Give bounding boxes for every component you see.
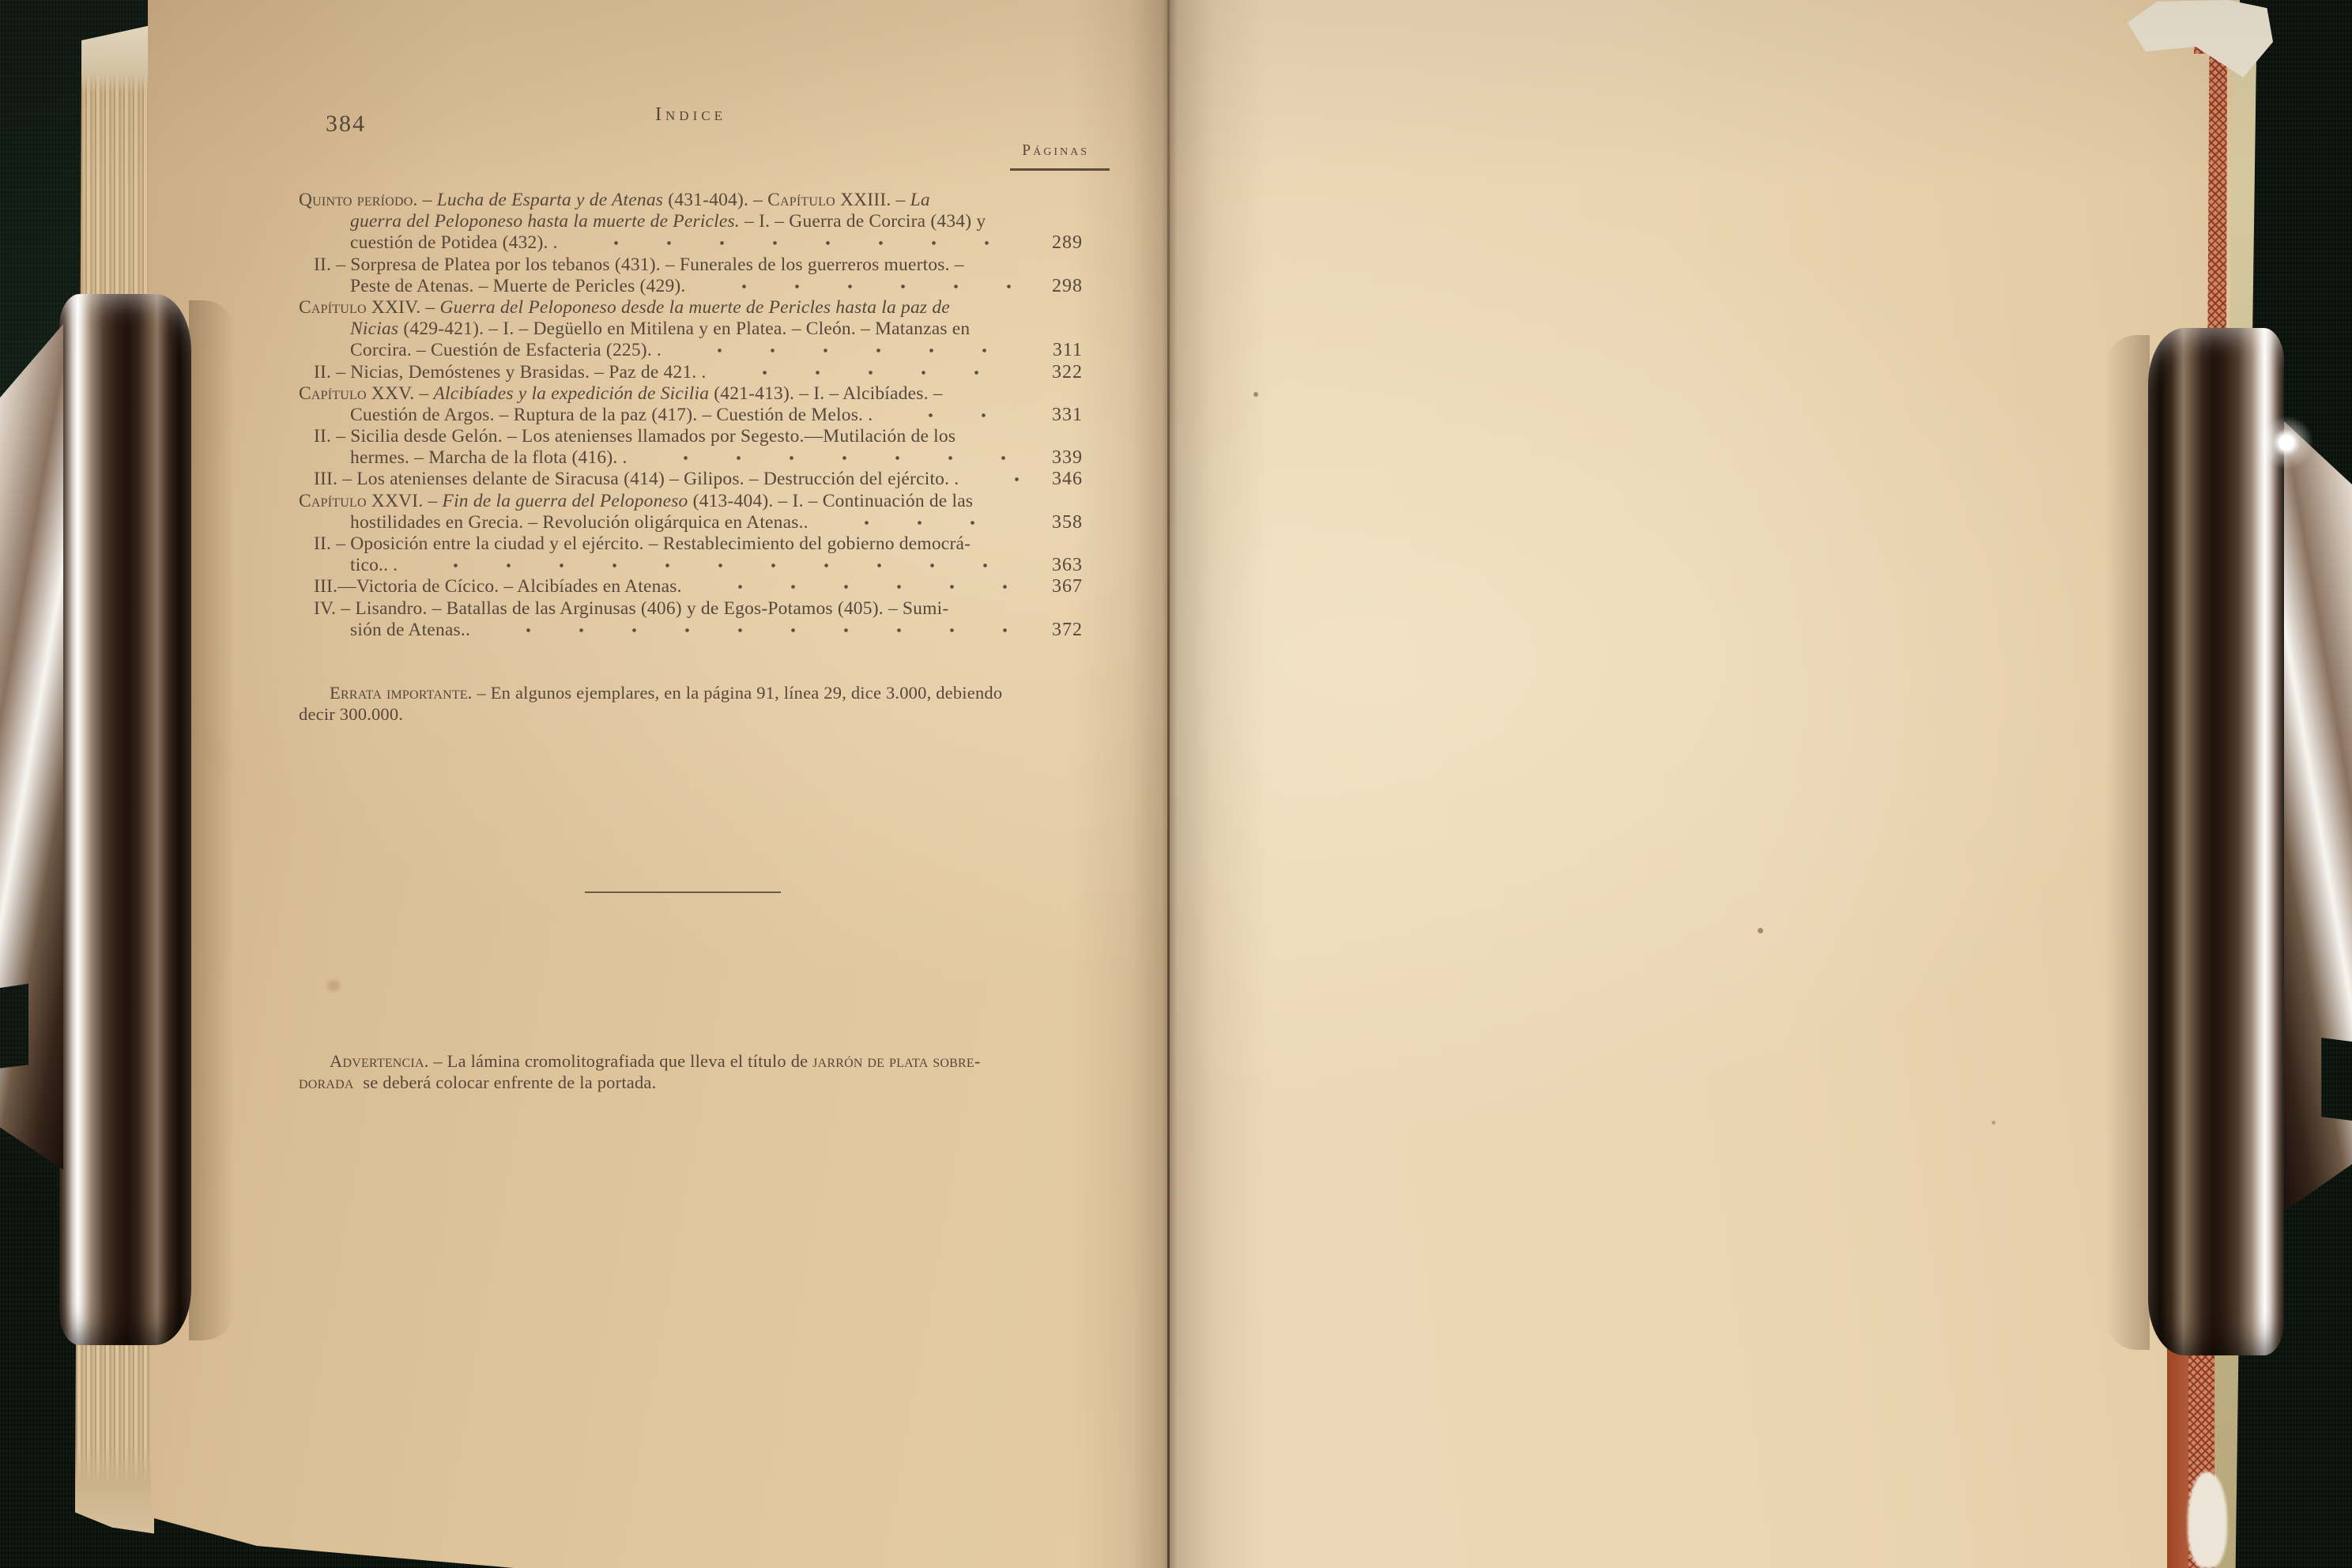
index-line: Capítulo XXV. – Alcibíades y la expedici… — [299, 383, 1083, 405]
text-segment: Nicias — [350, 318, 398, 340]
text-segment: hostilidades en Grecia. – Revolución oli… — [350, 512, 808, 533]
index-line: IV. – Lisandro. – Batallas de las Arginu… — [299, 598, 1083, 620]
advertencia-line: Advertencia. – La lámina cromolitografia… — [299, 1051, 1083, 1072]
text-segment: guerra del Peloponeso hasta la muerte de… — [350, 211, 740, 232]
entry-page-number: 298 — [1034, 276, 1083, 297]
index-line: II. – Oposición entre la ciudad y el ejé… — [299, 533, 1083, 555]
text-segment: jarrón de plata sobre- — [812, 1051, 980, 1072]
text-segment: hermes. – Marcha de la flota (416). . — [350, 447, 628, 469]
text-segment: (413-404). – I. – Continuación de las — [688, 491, 974, 512]
index-line: tico.. .363 — [299, 555, 1083, 576]
text-segment: II. – Sicilia desde Gelón. – Los atenien… — [314, 426, 955, 447]
dot-leader — [478, 620, 1023, 641]
dot-leader — [880, 405, 1023, 426]
dot-leader — [566, 232, 1023, 254]
right-clip-face — [2148, 328, 2284, 1355]
index-line: II. – Nicias, Demóstenes y Brasidas. – P… — [299, 362, 1083, 383]
text-segment: II. – Sorpresa de Platea por los tebanos… — [314, 254, 964, 276]
dot-leader — [694, 276, 1023, 297]
foxing-speck — [1992, 1121, 1996, 1125]
text-segment: Alcibíades y la expedición de Sicilia — [433, 383, 709, 405]
dot-leader — [967, 469, 1023, 490]
entry-page-number: 367 — [1034, 576, 1083, 597]
index-line: Capítulo XXIV. – Guerra del Peloponeso d… — [299, 297, 1083, 318]
section-divider-rule — [585, 891, 781, 893]
text-segment: – En algunos ejemplares, en la página 91… — [473, 683, 1003, 703]
right-clip-handle — [2284, 421, 2352, 1212]
text-segment: – — [891, 190, 910, 211]
text-segment: cuestión de Potidea (432). . — [350, 232, 558, 254]
left-metal-clip[interactable] — [0, 294, 191, 1345]
text-segment: tico.. . — [350, 555, 398, 576]
left-clip-face — [59, 294, 191, 1345]
dot-leader — [816, 512, 1023, 533]
text-segment: II. – Oposición entre la ciudad y el ejé… — [314, 533, 971, 555]
index-line: Peste de Atenas. – Muerte de Pericles (4… — [299, 276, 1083, 297]
foxing-speck — [1758, 928, 1763, 933]
dot-leader — [635, 447, 1023, 469]
left-clip-handle — [0, 324, 63, 1170]
right-metal-clip[interactable] — [2148, 328, 2352, 1355]
dot-leader — [669, 340, 1023, 361]
book-photograph: { "scene": { "description": "Open antiqu… — [0, 0, 2352, 1568]
text-segment: (429-421). – I. – Degüello en Mitilena y… — [398, 318, 970, 340]
text-segment: Capítulo XXIV. — [299, 297, 420, 318]
text-segment: IV. – Lisandro. – Batallas de las Arginu… — [314, 598, 948, 620]
text-segment: – — [414, 383, 433, 405]
text-segment: Capítulo XXIII. — [767, 190, 891, 211]
index-line: cuestión de Potidea (432). .289 — [299, 232, 1083, 254]
text-segment: (431-404). – — [663, 190, 767, 211]
dot-leader — [690, 576, 1023, 597]
text-segment: Corcira. – Cuestión de Esfacteria (225).… — [350, 340, 661, 361]
text-segment: Errata importante. — [330, 683, 473, 703]
text-segment: Fin de la guerra del Peloponeso — [443, 491, 688, 512]
dot-leader — [405, 555, 1023, 576]
clip-glint-highlight — [2259, 415, 2314, 470]
text-segment: se deberá colocar enfrente de la portada… — [354, 1072, 657, 1093]
entry-page-number: 372 — [1034, 620, 1083, 641]
advertencia-note: Advertencia. – La lámina cromolitografia… — [299, 1051, 1083, 1094]
index-line: sión de Atenas..372 — [299, 620, 1083, 641]
pages-column-header: Páginas — [1022, 142, 1089, 160]
text-segment: III. – Los atenienses delante de Siracus… — [314, 469, 959, 490]
index-line: Nicias (429-421). – I. – Degüello en Mit… — [299, 318, 1083, 340]
text-segment: – — [420, 297, 439, 318]
index-line: III. – Los atenienses delante de Siracus… — [299, 469, 1083, 490]
index-line: Quinto período. – Lucha de Esparta y de … — [299, 190, 1083, 211]
page-title: Indice — [299, 104, 1083, 126]
foxing-speck — [1253, 392, 1258, 397]
text-segment: decir 300.000. — [299, 704, 403, 725]
text-segment: II. – Nicias, Demóstenes y Brasidas. – P… — [314, 362, 707, 383]
text-segment: – La lámina cromolitografiada que lleva … — [429, 1051, 813, 1072]
advertencia-line: dorada se deberá colocar enfrente de la … — [299, 1072, 1083, 1094]
text-segment: III.—Victoria de Cícico. – Alcibíades en… — [314, 576, 682, 597]
index-line: Cuestión de Argos. – Ruptura de la paz (… — [299, 405, 1083, 426]
text-segment: Capítulo XXVI. — [299, 491, 423, 512]
text-segment: Capítulo XXV. — [299, 383, 414, 405]
errata-note: Errata importante. – En algunos ejemplar… — [299, 683, 1083, 726]
worn-paper-bottom — [2188, 1472, 2227, 1568]
column-header-rule — [1010, 168, 1110, 171]
dot-leader — [714, 362, 1023, 383]
index-line: II. – Sorpresa de Platea por los tebanos… — [299, 254, 1083, 276]
errata-line: decir 300.000. — [299, 704, 1083, 726]
index-line: guerra del Peloponeso hasta la muerte de… — [299, 211, 1083, 232]
text-segment: Advertencia. — [330, 1051, 429, 1072]
errata-line: Errata importante. – En algunos ejemplar… — [299, 683, 1083, 704]
entry-page-number: 363 — [1034, 555, 1083, 576]
entry-page-number: 331 — [1034, 405, 1083, 426]
text-segment: – — [418, 190, 437, 211]
index-line: III.—Victoria de Cícico. – Alcibíades en… — [299, 576, 1083, 597]
index-line: hermes. – Marcha de la flota (416). .339 — [299, 447, 1083, 469]
text-segment: Cuestión de Argos. – Ruptura de la paz (… — [350, 405, 873, 426]
index-entry-list: Quinto período. – Lucha de Esparta y de … — [299, 190, 1083, 641]
right-clip-shadow — [2105, 335, 2150, 1350]
text-segment: Guerra del Peloponeso desde la muerte de… — [439, 297, 949, 318]
text-segment: dorada — [299, 1072, 354, 1093]
entry-page-number: 289 — [1034, 232, 1083, 254]
text-segment: Peste de Atenas. – Muerte de Pericles (4… — [350, 276, 686, 297]
entry-page-number: 311 — [1034, 340, 1083, 361]
tailband — [73, 1445, 154, 1540]
index-line: Corcira. – Cuestión de Esfacteria (225).… — [299, 340, 1083, 361]
text-segment: sión de Atenas.. — [350, 620, 470, 641]
entry-page-number: 322 — [1034, 362, 1083, 383]
left-clip-shadow — [189, 300, 235, 1340]
text-segment: – — [423, 491, 442, 512]
index-line: hostilidades en Grecia. – Revolución oli… — [299, 512, 1083, 533]
index-line: II. – Sicilia desde Gelón. – Los atenien… — [299, 426, 1083, 447]
text-segment: – I. – Guerra de Corcira (434) y — [740, 211, 986, 232]
entry-page-number: 339 — [1034, 447, 1083, 469]
index-line: Capítulo XXVI. – Fin de la guerra del Pe… — [299, 491, 1083, 512]
text-segment: (421-413). – I. – Alcibíades. – — [709, 383, 943, 405]
text-segment: La — [910, 190, 930, 211]
gutter-crease — [1167, 0, 1170, 1568]
text-segment: Lucha de Esparta y de Atenas — [437, 190, 663, 211]
text-segment: Quinto período. — [299, 190, 418, 211]
printed-page-content: 384 Indice Páginas Quinto período. – Luc… — [299, 0, 1083, 1568]
entry-page-number: 358 — [1034, 512, 1083, 533]
headband — [73, 25, 154, 93]
entry-page-number: 346 — [1034, 469, 1083, 490]
